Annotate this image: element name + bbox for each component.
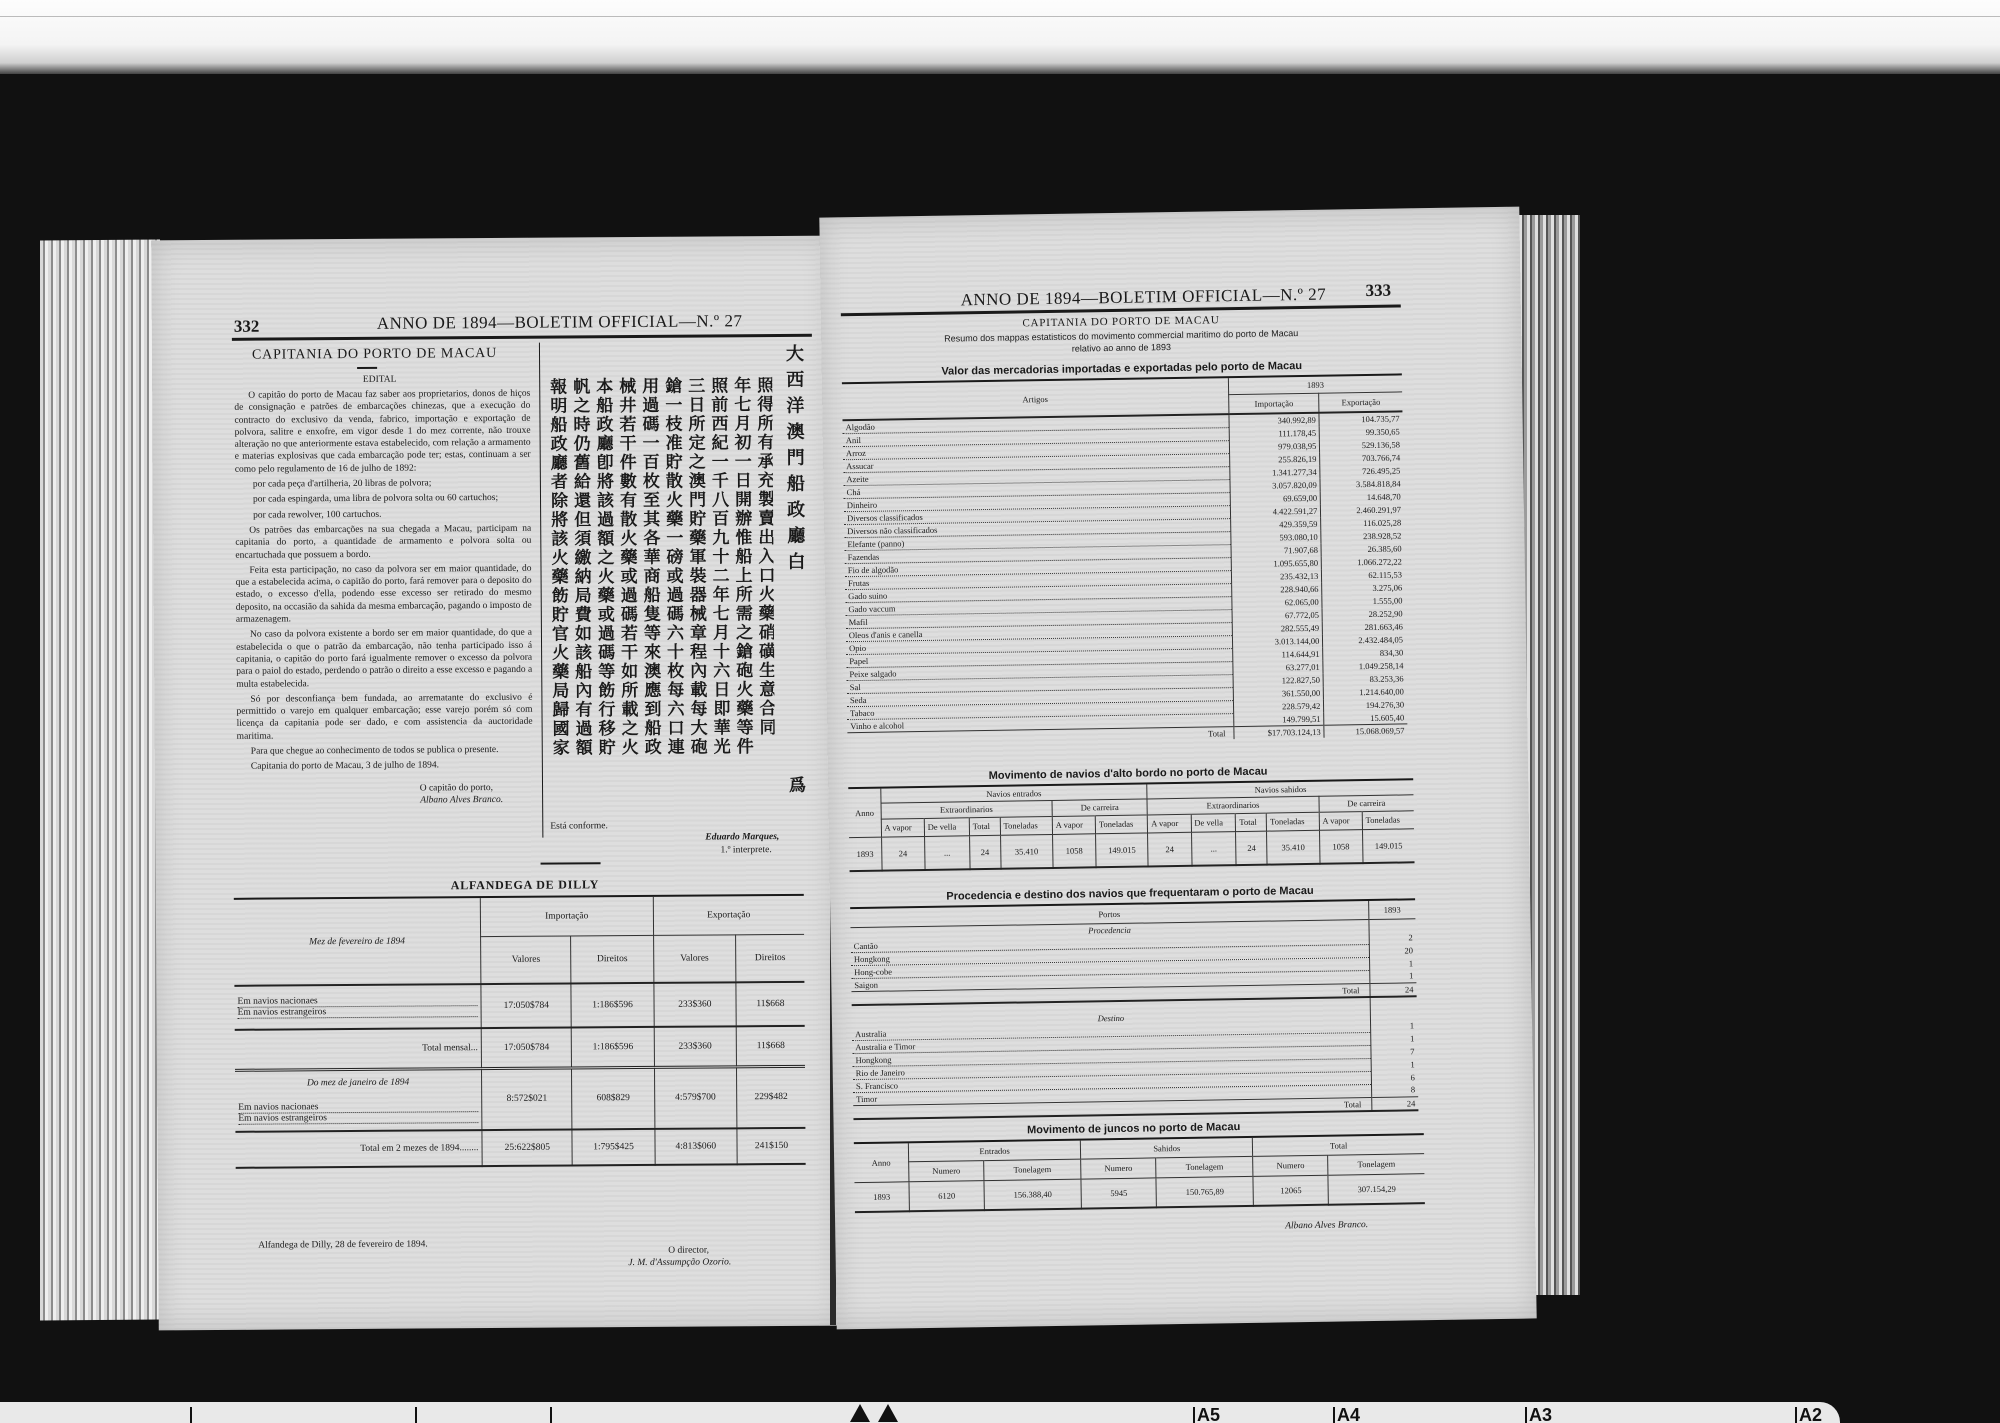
column-header: A vapor — [881, 818, 924, 837]
exportacao-value: 26.385,60 — [1321, 542, 1404, 556]
cell-value: 1058 — [1319, 829, 1363, 864]
cell-value: 35.410 — [1000, 834, 1053, 869]
right-page: ANNO DE 1894—BOLETIM OFFICIAL—N.º 27 333… — [819, 207, 1536, 1330]
column-header: Numero — [1081, 1157, 1156, 1178]
exportacao-value: 15.605,40 — [1324, 711, 1407, 725]
cell-value: 156.388,40 — [984, 1179, 1082, 1211]
ruler-tick — [550, 1407, 552, 1423]
navios-table: Anno Navios entrados Navios sahidos Extr… — [848, 780, 1414, 872]
cell-year: 1893 — [854, 1181, 909, 1212]
cell-value: 241$150 — [737, 1128, 806, 1164]
total-label: Total mensal... — [235, 1028, 482, 1070]
cell-value: 35.410 — [1267, 830, 1320, 865]
list-item: por cada peça d'artilheria, 20 libras de… — [235, 477, 531, 491]
chinese-text-column: 照得所有承充製賣出入口火藥硝磺生意合同 — [753, 376, 775, 806]
cell-value: 25:622$805 — [482, 1129, 573, 1166]
column-header: Valores — [481, 935, 572, 984]
exportacao-value: 99.350,65 — [1319, 425, 1402, 439]
cell-value: 8:572$021 — [481, 1067, 572, 1130]
cell-value: 11$668 — [736, 982, 805, 1026]
ruler-label: A5 — [1197, 1405, 1220, 1423]
exportacao-value: 1.214.640,00 — [1324, 685, 1407, 699]
cell-value: 149.015 — [1362, 828, 1414, 863]
cell-value: 5945 — [1081, 1177, 1156, 1208]
chinese-notice-title: 大西洋澳門船政廳白 — [780, 344, 808, 578]
list-item: por cada espingarda, uma libra de polvor… — [235, 492, 531, 506]
cell-value: 229$482 — [736, 1066, 805, 1128]
exportacao-value: 238.928,52 — [1321, 529, 1404, 543]
column-header: Toneladas — [1000, 816, 1053, 835]
port-count: 2 — [1369, 931, 1416, 944]
column-header: Importação — [1229, 393, 1320, 414]
edital-body: O capitão do porto de Macau faz saber ao… — [234, 388, 533, 808]
column-group-header: Exportação — [653, 896, 804, 935]
divider — [357, 367, 377, 369]
chinese-text-column: 帆之時仍舊給還但須繳納局費如該船內有過額 — [569, 377, 591, 807]
cell-value: 12065 — [1253, 1175, 1328, 1206]
cell-value: 1:186$596 — [571, 983, 654, 1028]
exportacao-value: 281.663,46 — [1323, 620, 1406, 634]
column-header: Tonelagem — [1156, 1156, 1254, 1178]
paragraph: No caso da polvora existente a bordo ser… — [236, 627, 532, 691]
exportacao-value: 703.766,74 — [1320, 451, 1403, 465]
column-header: Total — [1236, 813, 1267, 831]
viewer-top-strip — [0, 0, 2000, 74]
exportacao-value: 1.066.272,22 — [1322, 555, 1405, 569]
column-header: A vapor — [1148, 814, 1191, 833]
column-header: De vella — [924, 817, 969, 836]
exportacao-value: 62.115,53 — [1322, 568, 1405, 582]
edital-subtitle: EDITAL — [232, 373, 527, 387]
column-subgroup: De carreira — [1052, 798, 1148, 815]
row-labels: Do mez de janeiro de 1894 Em navios naci… — [235, 1068, 482, 1132]
section-title: ALFANDEGA DE DILLY — [451, 877, 600, 893]
divider — [0, 16, 2000, 17]
director-title: O director, — [668, 1245, 709, 1257]
cell-value: ... — [924, 835, 969, 870]
exportacao-value: 529.136,58 — [1320, 438, 1403, 452]
section-title: CAPITANIA DO PORTO DE MACAU — [252, 346, 497, 364]
cell-value: 6120 — [909, 1180, 984, 1211]
ruler-tick — [1525, 1407, 1527, 1423]
ruler-label: A4 — [1337, 1405, 1360, 1423]
port-count: 1 — [1371, 1057, 1418, 1071]
page-number: 333 — [1365, 281, 1391, 301]
year-header: 1893 — [1369, 900, 1416, 919]
column-header: Toneladas — [1095, 814, 1148, 833]
spacer — [1370, 996, 1417, 1008]
left-page: 332 ANNO DE 1894—BOLETIM OFFICIAL—N.º 27… — [151, 236, 839, 1331]
procedencia-table: Portos 1893 Procedencia Cantão2Hongkong2… — [850, 900, 1418, 1119]
ruler-label: A3 — [1529, 1405, 1552, 1423]
mercadorias-table: Artigos 1893 Importação Exportação Algod… — [842, 375, 1408, 745]
port-count: 6 — [1371, 1070, 1418, 1084]
exportacao-value: 83.253,36 — [1323, 672, 1406, 686]
column-group-header: Importação — [480, 897, 653, 936]
cell-year: 1893 — [849, 837, 882, 872]
exportacao-value: 726.495,25 — [1320, 464, 1403, 478]
cell-value: 24 — [969, 835, 1000, 869]
cell-value: 608$829 — [572, 1067, 655, 1130]
column-header: Direitos — [735, 934, 804, 982]
total-import: $17.703.124,13 — [1234, 725, 1324, 739]
column-header: Numero — [1253, 1155, 1328, 1176]
column-header: A vapor — [1052, 815, 1095, 834]
paragraph: Para que chegue ao conhecimento de todos… — [237, 744, 533, 758]
director-name: J. M. d'Assumpção Ozorio. — [628, 1256, 731, 1269]
cell-value: 1:795$425 — [572, 1129, 654, 1166]
paragraph: Os patrões das embarcações na sua chegad… — [235, 523, 531, 562]
exportacao-value: 3.275,06 — [1322, 581, 1405, 595]
ruler-tick — [1193, 1407, 1195, 1423]
exportacao-value: 28.252,90 — [1322, 607, 1405, 621]
cell-value: 233$360 — [654, 1026, 736, 1067]
cell-value: 17:050$784 — [481, 1027, 572, 1068]
section-label: Do mez de janeiro de 1894 — [238, 1077, 478, 1089]
cell-value: 17:050$784 — [481, 983, 572, 1028]
port-count: 20 — [1369, 943, 1416, 957]
ruler-tick — [1795, 1407, 1797, 1423]
column-header: Direitos — [571, 935, 654, 984]
exportacao-value: 834,30 — [1323, 646, 1406, 660]
cell-value: 1058 — [1052, 833, 1096, 868]
chinese-text-column: 年七月初一日開辦惟船上所需之鎗砲火藥等件 — [730, 376, 752, 806]
exportacao-value: 194.276,30 — [1324, 698, 1407, 712]
running-head: ANNO DE 1894—BOLETIM OFFICIAL—N.º 27 — [377, 311, 743, 334]
exportacao-value: 14.648,70 — [1320, 490, 1403, 504]
cell-value: ... — [1191, 831, 1236, 866]
exportacao-value: 2.460.291,97 — [1321, 503, 1404, 517]
column-header: Total — [969, 817, 1000, 835]
cell-value: 4:813$060 — [655, 1128, 737, 1165]
paragraph: O capitão do porto de Macau faz saber ao… — [234, 388, 531, 476]
juncos-table: Anno Entrados Sahidos Total Numero Tonel… — [854, 1135, 1425, 1213]
column-header: Tonelagem — [984, 1159, 1082, 1181]
ruler-tick — [190, 1407, 192, 1423]
column-header: Valores — [653, 934, 736, 983]
exportacao-value: 116.025,28 — [1321, 516, 1404, 530]
microfilm-ruler-strip: A5 A4 A3 A2 — [0, 1402, 1840, 1423]
ruler-tick — [1333, 1407, 1335, 1423]
chinese-end-char: 爲 — [785, 776, 804, 795]
exportacao-value: 1.049.258,14 — [1323, 659, 1406, 673]
exportacao-value: 2.432.484,05 — [1323, 633, 1406, 647]
signature-name: Albano Alves Branco. — [237, 794, 533, 808]
port-count: 1 — [1369, 956, 1416, 970]
port-count: 8 — [1371, 1083, 1418, 1097]
column-header: Anno — [848, 789, 881, 837]
book-page-edges-left — [40, 239, 160, 1320]
cell-value: 233$360 — [654, 982, 737, 1027]
paragraph: Capitania do porto de Macau, 3 de julho … — [237, 759, 533, 773]
column-header: A vapor — [1319, 811, 1362, 830]
spacer — [1370, 1007, 1417, 1020]
signature-name: Albano Alves Branco. — [1285, 1219, 1368, 1232]
column-header: Anno — [854, 1143, 909, 1182]
cell-value: 150.765,89 — [1156, 1176, 1254, 1208]
exportacao-value: 3.584.818,84 — [1320, 477, 1403, 491]
spacer — [1369, 918, 1416, 931]
paragraph: Só por desconfiança bem fundada, ao arre… — [236, 692, 532, 743]
paragraph: Feita esta participação, no caso da polv… — [235, 563, 531, 627]
port-count: 1 — [1371, 1031, 1418, 1045]
cell-value: 24 — [1236, 831, 1267, 865]
port-count: 7 — [1371, 1044, 1418, 1058]
column-header: Toneladas — [1266, 812, 1319, 831]
total-value: 24 — [1370, 982, 1417, 996]
column-header: Artigos — [842, 378, 1229, 420]
ornament-rule — [541, 862, 601, 864]
chinese-notice-body: 照得所有承充製賣出入口火藥硝磺生意合同 年七月初一日開辦惟船上所需之鎗砲火藥等件… — [547, 376, 775, 808]
exportacao-value: 104.735,77 — [1319, 411, 1402, 426]
cell-value: 307.154,29 — [1328, 1173, 1425, 1205]
column-header: De vella — [1191, 813, 1236, 832]
total-label: Total em 2 mezes de 1894........ — [235, 1130, 482, 1168]
row-label: Em navios estrangeiros — [238, 1006, 478, 1019]
chinese-text-column: 鎗一枝准貯散火藥一磅或過碼六十枚每六口連 — [661, 377, 683, 807]
column-divider — [539, 343, 543, 838]
alfandega-table: Mez de fevereiro de 1894 Importação Expo… — [234, 896, 806, 1169]
row-label: Em navios estrangeiros — [238, 1112, 478, 1125]
chinese-text-column: 本船政廳卽將該過額之火藥或過碼等飭行移貯 — [592, 377, 614, 807]
page-number: 332 — [234, 317, 260, 337]
chinese-text-column: 三日所定之澳門貯藥軍裝器械章程內載每大砲 — [684, 377, 706, 807]
exportacao-value: 1.555,00 — [1322, 594, 1405, 608]
chinese-text-column: 用過碼一百枚至其各華商船隻等來澳應到船政 — [638, 377, 660, 807]
ruler-label: A2 — [1799, 1405, 1822, 1423]
chinese-text-column: 報明船政廳者除將該火藥飭貯官火藥局歸國家 — [547, 378, 568, 808]
cell-value: 24 — [1148, 832, 1192, 867]
cell-value: 1:186$596 — [572, 1027, 654, 1068]
column-subgroup: De carreira — [1319, 794, 1414, 811]
cell-value: 11$668 — [736, 1026, 805, 1066]
port-count: 1 — [1370, 1019, 1417, 1032]
chinese-text-column: 照前西紀一千八百九十二年七月十六日即華光 — [707, 376, 729, 806]
ruler-tick — [415, 1407, 417, 1423]
column-header: Exportação — [1319, 391, 1402, 412]
row-labels: Em navios nacionaes Em navios estrangeir… — [234, 984, 481, 1030]
column-header: Toneladas — [1362, 810, 1414, 829]
cell-value: 4:579$700 — [654, 1066, 737, 1129]
list-item: por cada rewolver, 100 cartuchos. — [235, 507, 531, 521]
chinese-text-column: 械井若干件數有散火藥或過碼若干如所載之火 — [615, 377, 637, 807]
cell-value: 24 — [881, 836, 925, 871]
cell-value: 149.015 — [1096, 832, 1149, 867]
column-header: Tonelagem — [1328, 1153, 1425, 1175]
total-value: 24 — [1372, 1096, 1419, 1110]
port-count: 1 — [1370, 969, 1417, 983]
header-rule — [232, 334, 812, 341]
interpreter-title: 1.º interprete. — [720, 844, 771, 856]
importacao-value: 340.992,89 — [1229, 413, 1320, 428]
conformity-note: Está conforme. — [550, 820, 608, 832]
footer-place-date: Alfandega de Dilly, 28 de fevereiro de 1… — [258, 1238, 428, 1251]
column-header: Numero — [909, 1160, 984, 1181]
next-frame-arrow-icon[interactable] — [878, 1404, 898, 1422]
prev-frame-arrow-icon[interactable] — [850, 1404, 870, 1422]
total-export: 15.068.069,57 — [1324, 724, 1407, 738]
interpreter-name: Eduardo Marques, — [705, 831, 779, 844]
section-label: Mez de fevereiro de 1894 — [234, 898, 481, 986]
